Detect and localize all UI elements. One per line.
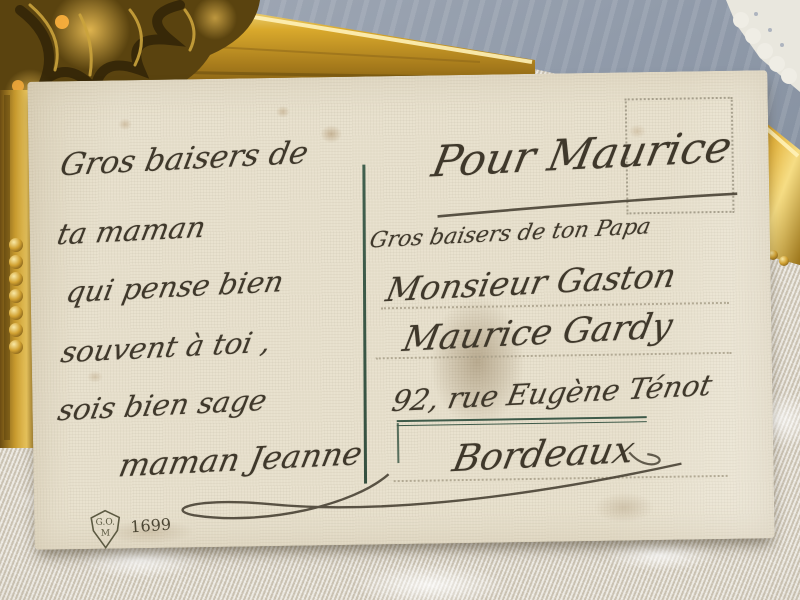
- signature-line: maman Jeanne: [116, 434, 366, 484]
- foxing-spot: [320, 125, 342, 143]
- foxing-spot: [118, 118, 132, 130]
- foxing-spot: [594, 492, 654, 523]
- message-line: qui pense bien: [63, 264, 286, 309]
- address-line: Monsieur Gaston: [383, 256, 680, 310]
- publisher-monogram-bottom: M: [101, 529, 110, 539]
- series-number: 1699: [130, 515, 172, 537]
- publisher-monogram: G.O. M: [86, 508, 125, 551]
- foxing-spot: [87, 371, 103, 383]
- message-line: Gros baisers de: [57, 135, 311, 184]
- postcard: Gros baisers de ta maman qui pense bien …: [27, 70, 774, 550]
- message-line: souvent à toi ,: [58, 325, 274, 370]
- photo-scene: Gros baisers de ta maman qui pense bien …: [0, 0, 800, 600]
- message-line: sois bien sage: [55, 383, 270, 428]
- publisher-monogram-top: G.O.: [96, 518, 116, 528]
- address-green-rule: [397, 416, 647, 426]
- message-line: ta maman: [54, 210, 208, 252]
- address-line: Bordeaux: [449, 428, 638, 480]
- sender-note-line: Gros baisers de ton Papa: [367, 214, 652, 253]
- address-line: Maurice Gardy: [399, 306, 675, 360]
- foxing-spot: [276, 106, 290, 118]
- address-green-rule-tick: [397, 423, 400, 463]
- address-dotted-line: [394, 475, 728, 482]
- address-line: 92, rue Eugène Ténot: [389, 368, 715, 418]
